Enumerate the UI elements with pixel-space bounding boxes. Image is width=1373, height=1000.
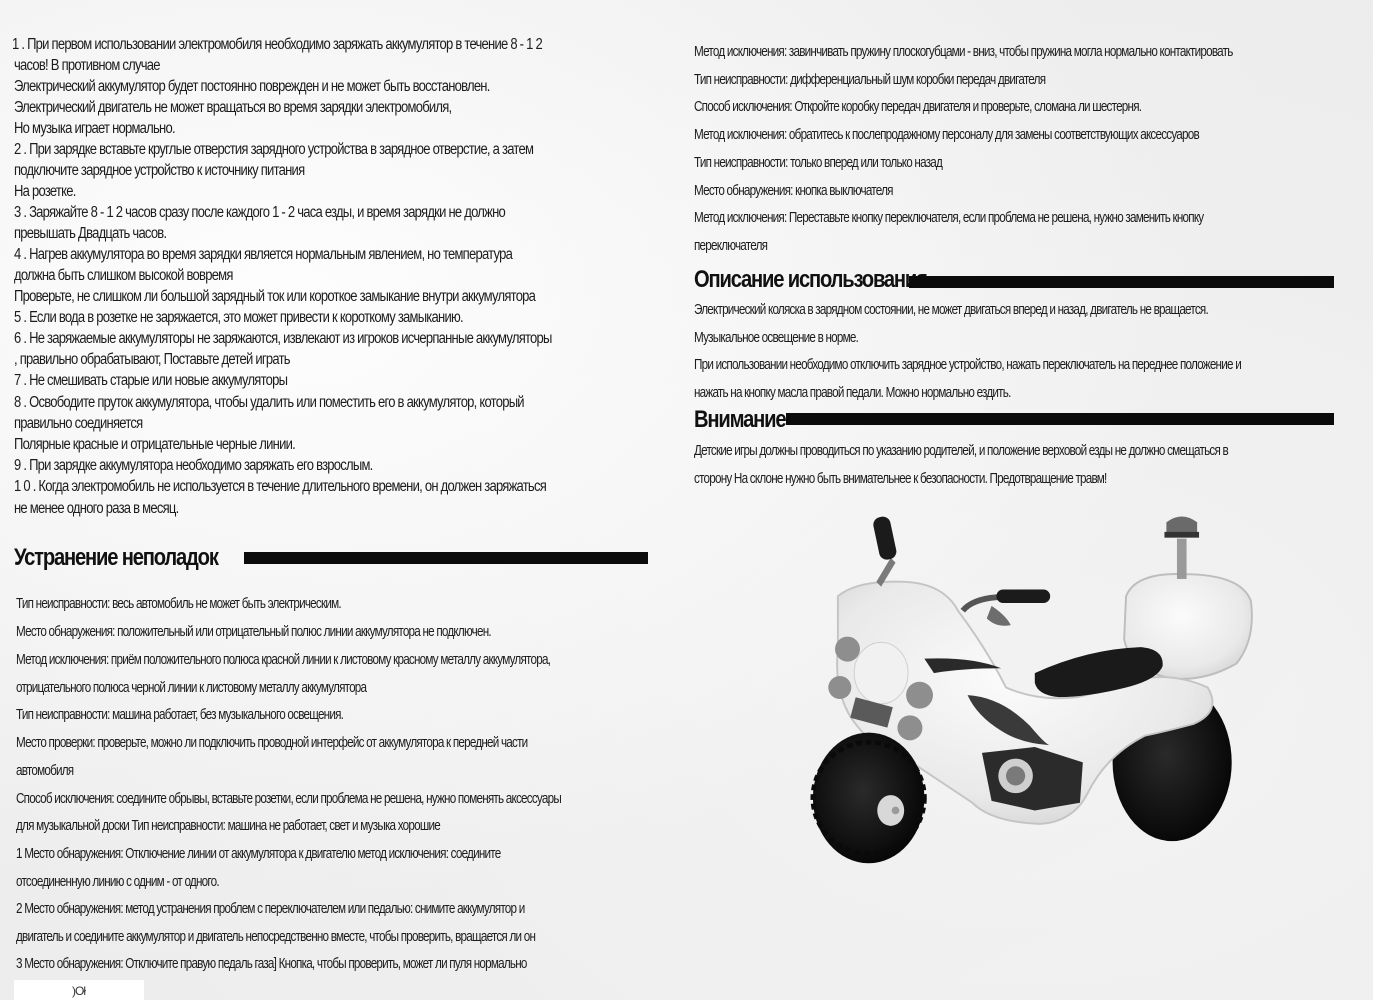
troubleshooting-line: 1 Место обнаружения: Отключение линии от… <box>16 844 500 864</box>
troubleshooting-line: Тип неисправности: весь автомобиль не мо… <box>16 594 341 614</box>
corner-fragment: )Oł <box>14 980 144 1000</box>
troubleshooting-heading: Устранение неполадок <box>14 544 257 572</box>
troubleshooting-line: Тип неисправности: машина работает, без … <box>16 705 343 725</box>
instruction-line: не менее одного раза в месяц. <box>14 499 178 519</box>
instruction-line: 9 . При зарядке аккумулятора необходимо … <box>14 456 373 476</box>
troubleshooting-line: 3 Место обнаружения: Отключите правую пе… <box>16 954 527 974</box>
heading-divider-bar <box>909 276 1334 288</box>
troubleshooting-line: Место обнаружения: кнопка выключателя <box>694 181 893 201</box>
usage-line: Электрический коляска в зарядном состоян… <box>694 300 1208 320</box>
instruction-line: Проверьте, не слишком ли большой зарядны… <box>14 287 535 307</box>
heading-divider-bar <box>786 413 1334 425</box>
troubleshooting-line: Тип неисправности: дифференциальный шум … <box>694 70 1045 90</box>
troubleshooting-line: Метод исключения: завинчивать пружину пл… <box>694 42 1233 62</box>
troubleshooting-line: автомобиля <box>16 761 73 781</box>
usage-line: Музыкальное освещение в норме. <box>694 328 858 348</box>
heading-divider-bar <box>244 552 648 564</box>
troubleshooting-line: Место обнаружения: положительный или отр… <box>16 622 491 642</box>
corner-fragment-text: )Oł <box>72 984 85 998</box>
motorcycle-icon <box>795 505 1265 870</box>
troubleshooting-line: переключателя <box>694 236 767 256</box>
troubleshooting-line: двигатель и соедините аккумулятор и двиг… <box>16 927 535 947</box>
instruction-line: Электрический аккумулятор будет постоянн… <box>14 77 490 97</box>
troubleshooting-line: Тип неисправности: только вперед или тол… <box>694 153 942 173</box>
troubleshooting-line: Метод исключения: обратитесь к послепрод… <box>694 125 1199 145</box>
instruction-line: должна быть слишком высокой вовремя <box>14 266 233 286</box>
troubleshooting-line: 2 Место обнаружения: метод устранения пр… <box>16 899 524 919</box>
instruction-line: 3 . Заряжайте 8 - 1 2 часов сразу после … <box>14 203 505 223</box>
instruction-line: 7 . Не смешивать старые или новые аккуму… <box>14 371 287 391</box>
instruction-line: 2 . При зарядке вставьте круглые отверст… <box>14 140 533 160</box>
instruction-line: подключите зарядное устройство к источни… <box>14 161 304 181</box>
instruction-line: Электрический двигатель не может вращать… <box>14 98 451 118</box>
motorcycle-illustration <box>795 505 1265 870</box>
usage-line: При использовании необходимо отключить з… <box>694 355 1241 375</box>
instruction-line: На розетке. <box>14 182 76 202</box>
warning-line: Детские игры должны проводиться по указа… <box>694 441 1228 461</box>
instruction-line: Но музыка играет нормально. <box>14 119 175 139</box>
section-title: Внимание <box>694 406 785 434</box>
instruction-line: 1 0 . Когда электромобиль не используетс… <box>14 477 546 497</box>
instruction-line: 6 . Не заряжаемые аккумуляторы не заряжа… <box>14 329 552 349</box>
instruction-line: 1 . При первом использовании электромоби… <box>12 35 542 55</box>
troubleshooting-line: Место проверки: проверьте, можно ли подк… <box>16 733 527 753</box>
troubleshooting-line: Способ исключения: соедините обрывы, вст… <box>16 789 561 809</box>
instruction-line: 5 . Если вода в розетке не заряжается, э… <box>14 308 463 328</box>
instruction-line: превышать Двадцать часов. <box>14 224 166 244</box>
warning-line: сторону На склоне нужно быть внимательне… <box>694 469 1107 489</box>
instruction-line: Полярные красные и отрицательные черные … <box>14 435 295 455</box>
section-title: Устранение неполадок <box>14 544 218 572</box>
instruction-line: 4 . Нагрев аккумулятора во время зарядки… <box>14 245 512 265</box>
instruction-line: , правильно обрабатывают, Поставьте дете… <box>14 350 290 370</box>
instruction-line: 8 . Освободите пруток аккумулятора, чтоб… <box>14 393 524 413</box>
troubleshooting-line: Метод исключения: Переставьте кнопку пер… <box>694 208 1203 228</box>
section-title: Описание использования <box>694 266 927 294</box>
instruction-line: часов! В противном случае <box>14 56 160 76</box>
troubleshooting-line: отрицательного полюса черной линии к лис… <box>16 678 366 698</box>
troubleshooting-line: отсоединенную линию с одним - от одного. <box>16 872 219 892</box>
usage-line: нажать на кнопку масла правой педали. Мо… <box>694 383 1011 403</box>
instruction-line: правильно соединяется <box>14 414 142 434</box>
troubleshooting-line: Метод исключения: приём положительного п… <box>16 650 550 670</box>
troubleshooting-line: для музыкальной доски Тип неисправности:… <box>16 816 440 836</box>
troubleshooting-line: Способ исключения: Откройте коробку пере… <box>694 97 1141 117</box>
